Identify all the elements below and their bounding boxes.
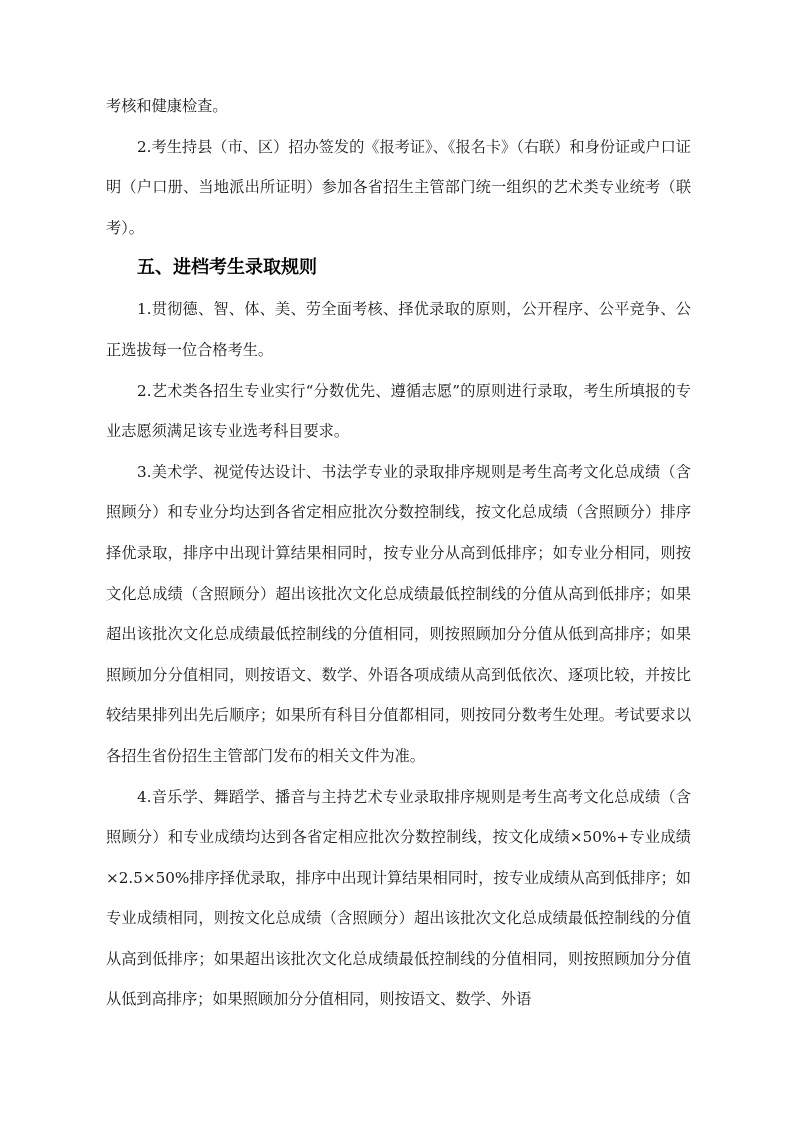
rule-paragraph-3: 3.美术学、视觉传达设计、书法学专业的录取排序规则是考生高考文化总成绩（含照顾分… — [106, 452, 691, 777]
document-page: 考核和健康检查。 2.考生持县（市、区）招办签发的《报考证》、《报名卡》（右联）… — [106, 86, 691, 1020]
section-heading: 五、进档考生录取规则 — [106, 249, 691, 287]
rule-paragraph-1: 1.贯彻德、智、体、美、劳全面考核、择优录取的原则，公开程序、公平竞争、公正选拔… — [106, 289, 691, 370]
rule-paragraph-4: 4.音乐学、舞蹈学、播音与主持艺术专业录取排序规则是考生高考文化总成绩（含照顾分… — [106, 777, 691, 1021]
rule-paragraph-2: 2.艺术类各招生专业实行“分数优先、遵循志愿”的原则进行录取，考生所填报的专业志… — [106, 371, 691, 452]
paragraph-exam-documents: 2.考生持县（市、区）招办签发的《报考证》、《报名卡》（右联）和身份证或户口证明… — [106, 127, 691, 249]
paragraph-continuation: 考核和健康检查。 — [106, 86, 691, 127]
